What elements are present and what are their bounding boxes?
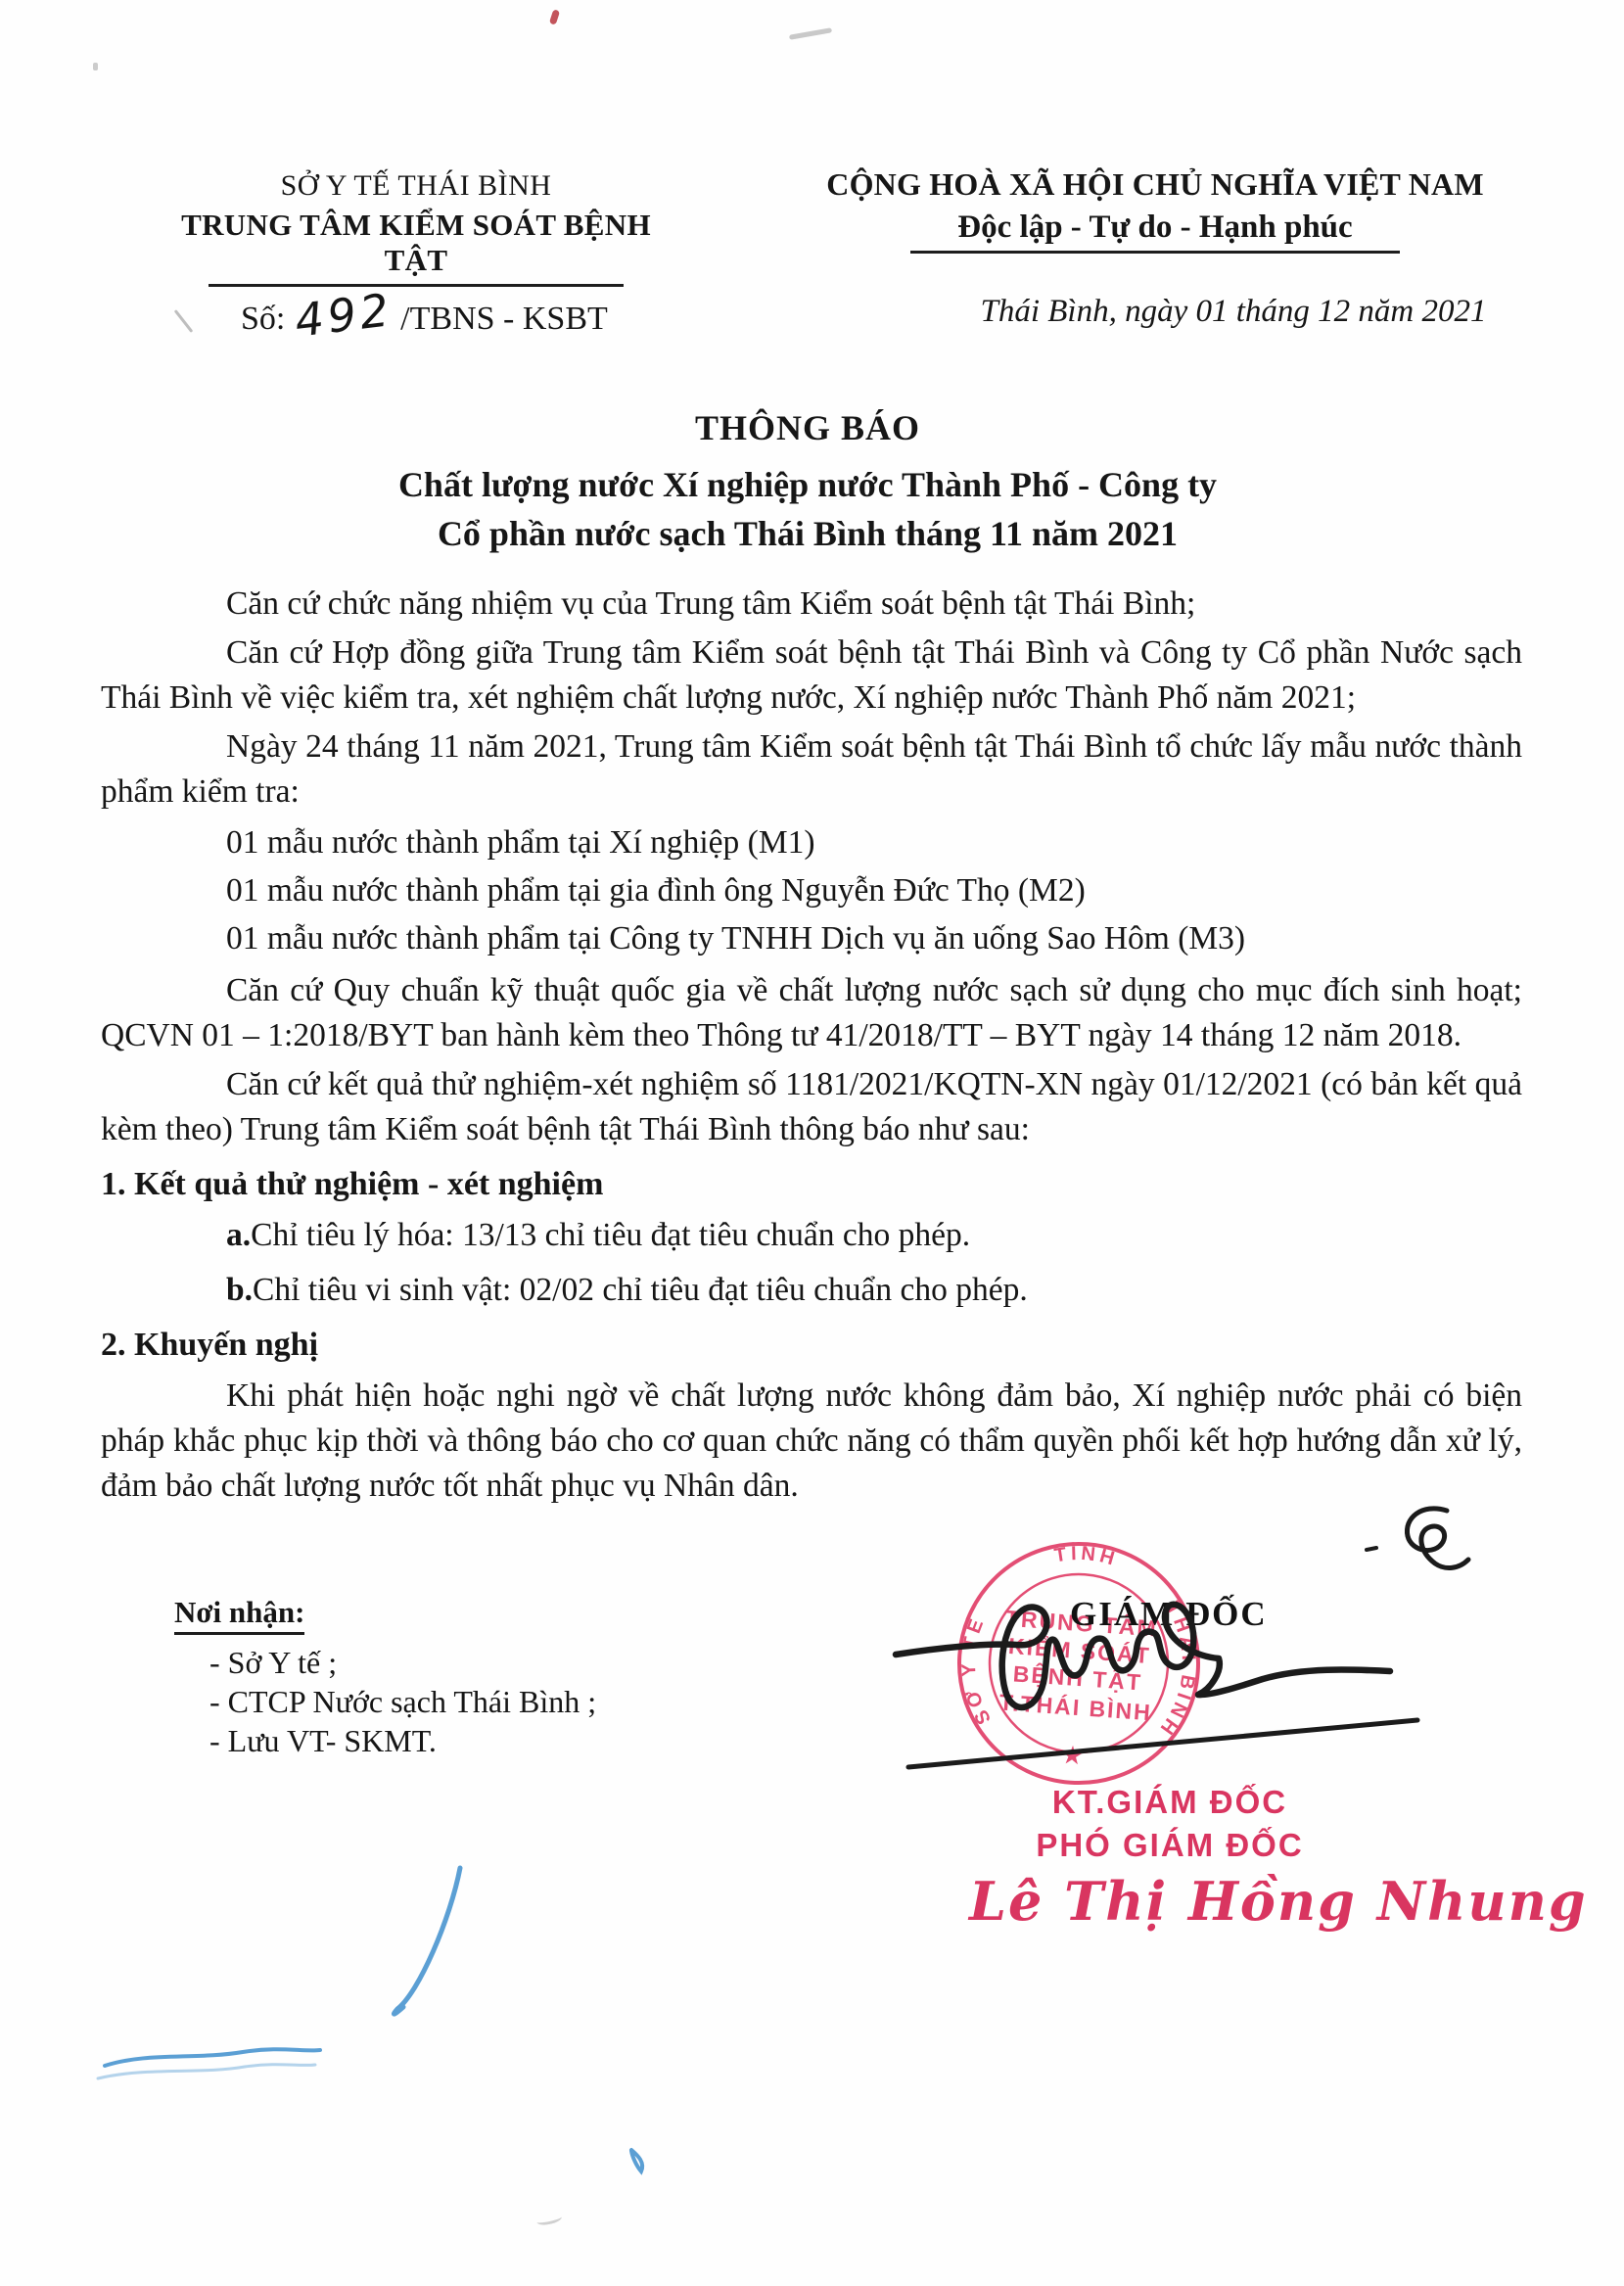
result-item-b-prefix: b. — [226, 1272, 253, 1308]
motto-line: Độc lập - Tự do - Hạnh phúc — [812, 210, 1498, 246]
signature-cross-line — [908, 1720, 1417, 1767]
scan-artifact-dot — [93, 63, 98, 70]
recipients-list: - Sở Y tế ; - CTCP Nước sạch Thái Bình ;… — [209, 1643, 596, 1760]
blue-check-mark — [631, 2150, 642, 2171]
blue-ink-marks — [0, 1860, 685, 2281]
scan-artifact-slash — [174, 309, 194, 333]
paragraph-sampling: Ngày 24 tháng 11 năm 2021, Trung tâm Kiể… — [101, 724, 1522, 815]
signer-name: Lê Thị Hồng Nhung — [969, 1870, 1370, 1933]
recipients-title: Nơi nhận: — [174, 1595, 304, 1635]
sample-list: 01 mẫu nước thành phẩm tại Xí nghiệp (M1… — [101, 818, 1522, 962]
issuing-agency-header: SỞ Y TẾ THÁI BÌNH TRUNG TÂM KIỂM SOÁT BỆ… — [171, 169, 661, 287]
title-subject-line2: Cổ phần nước sạch Thái Bình tháng 11 năm… — [98, 509, 1517, 558]
motto-underline — [910, 251, 1400, 254]
section-2-heading: 2. Khuyến nghị — [101, 1323, 1522, 1368]
scan-artifact-red-dot — [549, 9, 560, 24]
section-1-heading: 1. Kết quả thử nghiệm - xét nghiệm — [101, 1162, 1522, 1207]
national-motto-header: CỘNG HOÀ XÃ HỘI CHỦ NGHĨA VIỆT NAM Độc l… — [812, 166, 1498, 254]
paragraph-recommendation: Khi phát hiện hoặc nghi ngờ về chất lượn… — [101, 1374, 1522, 1509]
handwritten-signature — [881, 1562, 1468, 1787]
paragraph-result-ref: Căn cứ kết quả thử nghiệm-xét nghiệm số … — [101, 1062, 1522, 1152]
agency-name: TRUNG TÂM KIỂM SOÁT BỆNH TẬT — [171, 208, 661, 278]
blue-diagonal-stroke — [394, 1868, 460, 2014]
result-item-a: a.Chỉ tiêu lý hóa: 13/13 chỉ tiêu đạt ti… — [101, 1213, 1522, 1258]
recipients-block: Nơi nhận: - Sở Y tế ; - CTCP Nước sạch T… — [174, 1594, 596, 1760]
sample-item-m1: 01 mẫu nước thành phẩm tại Xí nghiệp (M1… — [101, 818, 1522, 866]
kt-director-line: KT.GIÁM ĐỐC — [969, 1784, 1370, 1821]
signing-block: KT.GIÁM ĐỐC PHÓ GIÁM ĐỐC Lê Thị Hồng Nhu… — [969, 1784, 1370, 1933]
title-subject: Chất lượng nước Xí nghiệp nước Thành Phố… — [98, 460, 1517, 558]
scanned-document-page: SỞ Y TẾ THÁI BÌNH TRUNG TÂM KIỂM SOÁT BỆ… — [0, 0, 1624, 2286]
flourish-loop — [1407, 1509, 1468, 1568]
title-kind: THÔNG BÁO — [98, 407, 1517, 448]
document-title: THÔNG BÁO Chất lượng nước Xí nghiệp nước… — [98, 407, 1517, 558]
result-item-b-text: Chỉ tiêu vi sinh vật: 02/02 chỉ tiêu đạt… — [253, 1272, 1028, 1308]
document-number-line: Số:492/TBNS - KSBT — [241, 287, 608, 340]
recipient-item: - Sở Y tế ; — [209, 1643, 596, 1682]
flourish-dash — [1367, 1548, 1376, 1550]
paragraph-standard: Căn cứ Quy chuẩn kỹ thuật quốc gia về ch… — [101, 968, 1522, 1058]
sample-item-m3: 01 mẫu nước thành phẩm tại Công ty TNHH … — [101, 914, 1522, 962]
title-subject-line1: Chất lượng nước Xí nghiệp nước Thành Phố… — [98, 460, 1517, 509]
deputy-director-line: PHÓ GIÁM ĐỐC — [969, 1827, 1370, 1864]
paragraph-basis-2: Căn cứ Hợp đồng giữa Trung tâm Kiểm soát… — [101, 630, 1522, 721]
scan-artifact-streak — [789, 27, 832, 40]
doc-number-suffix: /TBNS - KSBT — [400, 301, 608, 337]
agency-parent-name: SỞ Y TẾ THÁI BÌNH — [171, 169, 661, 203]
recipient-item: - CTCP Nước sạch Thái Bình ; — [209, 1682, 596, 1721]
place-date-line: Thái Bình, ngày 01 tháng 12 năm 2021 — [940, 294, 1527, 330]
handwritten-flourish — [1361, 1503, 1478, 1591]
sample-item-m2: 01 mẫu nước thành phẩm tại gia đình ông … — [101, 866, 1522, 914]
paragraph-basis-1: Căn cứ chức năng nhiệm vụ của Trung tâm … — [101, 582, 1522, 627]
document-body: Căn cứ chức năng nhiệm vụ của Trung tâm … — [101, 582, 1522, 1513]
blue-wavy-line-2 — [98, 2065, 315, 2078]
result-item-a-text: Chỉ tiêu lý hóa: 13/13 chỉ tiêu đạt tiêu… — [251, 1217, 970, 1253]
country-title: CỘNG HOÀ XÃ HỘI CHỦ NGHĨA VIỆT NAM — [812, 166, 1498, 203]
recipient-item: - Lưu VT- SKMT. — [209, 1721, 596, 1760]
result-item-a-prefix: a. — [226, 1217, 251, 1253]
doc-number-label: Số: — [241, 301, 285, 337]
result-item-b: b.Chỉ tiêu vi sinh vật: 02/02 chỉ tiêu đ… — [101, 1268, 1522, 1313]
signature-scrawl — [896, 1605, 1390, 1707]
doc-number-handwritten: 492 — [283, 282, 404, 349]
